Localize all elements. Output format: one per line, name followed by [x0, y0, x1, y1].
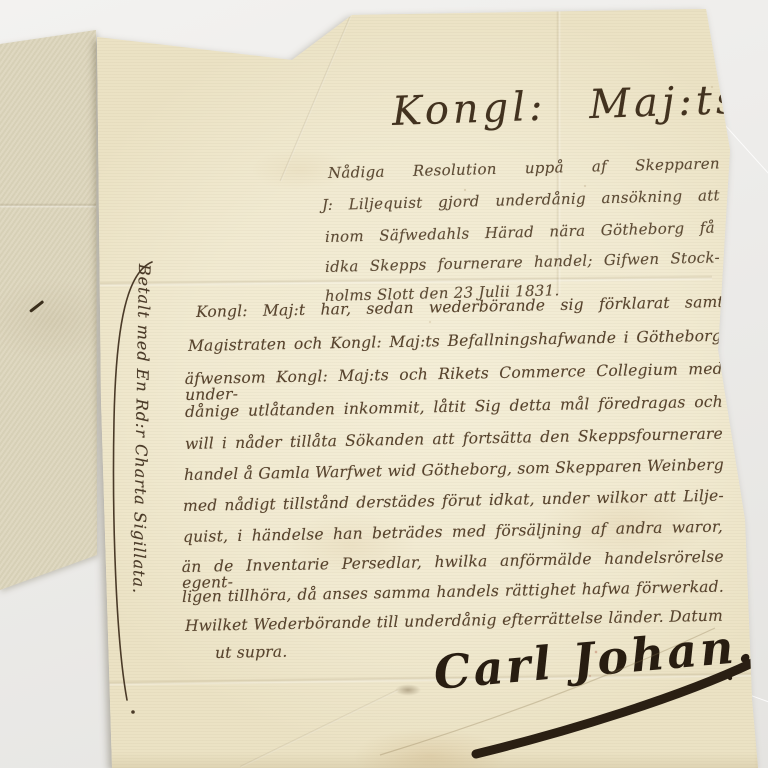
margin-note: Betalt med En Rd:r Charta Sigillata. [128, 264, 152, 734]
photo-backdrop: Kongl: Maj:ts Nådiga Resolution uppå af … [0, 0, 768, 768]
body-line: ut supra. [215, 645, 288, 662]
page-crease-corner [240, 689, 398, 768]
letter-heading: Kongl: Maj:ts [391, 80, 741, 132]
body-line: quist, i händelse han beträdes med försä… [183, 520, 723, 546]
preamble-line: inom Säfwedahls Härad nära Götheborg få [325, 220, 715, 245]
body-line: Kongl: Maj:t har, sedan wederbörande sig… [196, 295, 724, 321]
preamble-line: Nådiga Resolution uppå af Skepparen [328, 156, 720, 181]
royal-signature: Carl Johan. [432, 622, 757, 696]
page-crease-diagonal [280, 15, 352, 181]
body-line: will i nåder tillåta Sökanden att fortsä… [185, 427, 723, 453]
body-line: med nådigt tillstånd derstädes förut idk… [183, 489, 724, 515]
letter-page: Kongl: Maj:ts Nådiga Resolution uppå af … [0, 0, 768, 768]
preamble-line: J: Liljequist gjord underdånig ansökning… [322, 188, 720, 213]
preamble-line: idka Skepps fournerare handel; Gifwen St… [325, 250, 720, 275]
letter-page-wrap: Kongl: Maj:ts Nådiga Resolution uppå af … [0, 0, 768, 768]
body-line: handel å Gamla Warfwet wid Götheborg, so… [184, 458, 724, 484]
body-line: Magistraten och Kongl: Maj:ts Befallning… [188, 329, 722, 355]
